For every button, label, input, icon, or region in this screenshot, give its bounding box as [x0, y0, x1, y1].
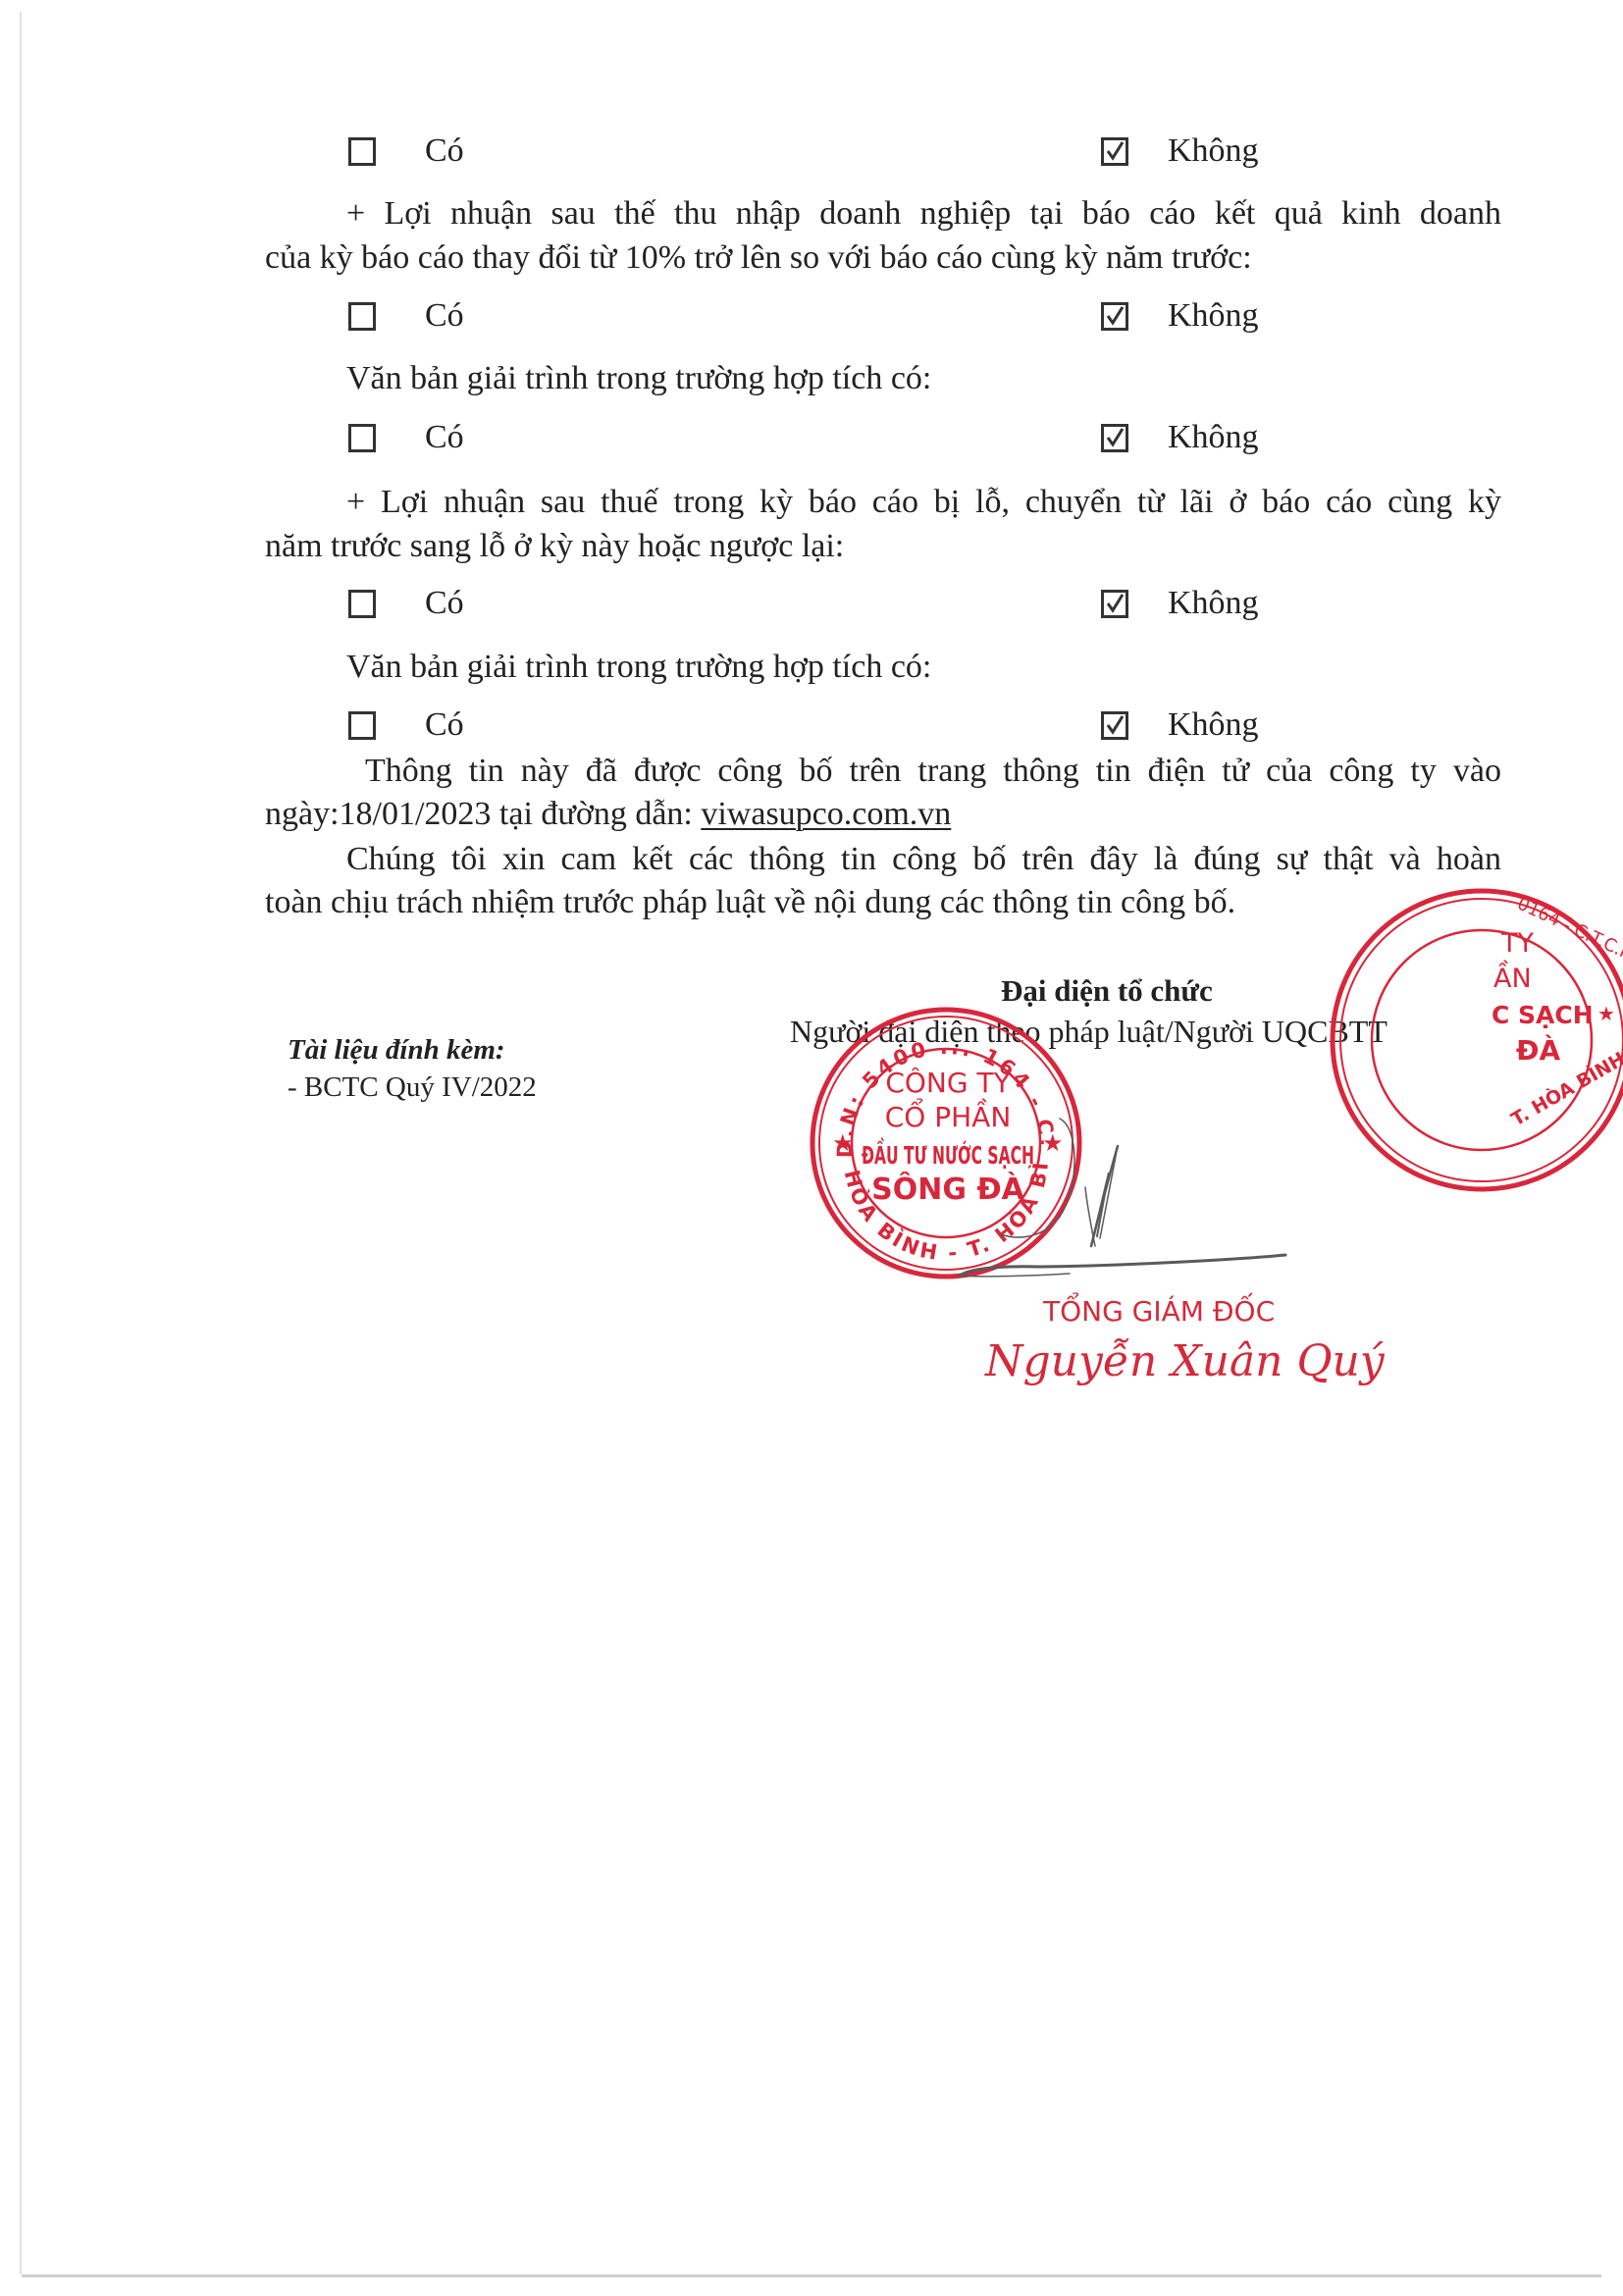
- svg-text:ĐẦU TƯ NƯỚC SẠCH: ĐẦU TƯ NƯỚC SẠCH: [862, 1137, 1034, 1170]
- svg-text:C SẠCH: C SẠCH: [1492, 1001, 1594, 1029]
- seal-star-right-icon: ★: [1042, 1129, 1064, 1157]
- partial-seal-text: TY ẦN C SẠCH ĐÀ ★ 0164 - C.T.C.P T. HÒA …: [1492, 893, 1623, 1130]
- svg-text:SÔNG ĐÀ: SÔNG ĐÀ: [871, 1171, 1024, 1207]
- svg-text:CÔNG TY: CÔNG TY: [885, 1066, 1011, 1099]
- svg-text:TY: TY: [1500, 928, 1534, 959]
- stamp-and-signature-layer: M.S.D.N: 5400 ... 164 - C.T.C.P TP. HÒA …: [0, 0, 1623, 2296]
- seal-center-text: CÔNG TY CỔ PHẦN ĐẦU TƯ NƯỚC SẠCH SÔNG ĐÀ: [862, 1066, 1034, 1207]
- signer-name: Nguyễn Xuân Quý: [985, 1336, 1385, 1386]
- seal-star-left-icon: ★: [832, 1129, 854, 1157]
- svg-text:CỔ PHẦN: CỔ PHẦN: [885, 1097, 1012, 1133]
- svg-text:ẦN: ẦN: [1493, 960, 1532, 994]
- signer-title: TỔNG GIÁM ĐỐC: [1043, 1295, 1275, 1328]
- seal-outer-text: M.S.D.N: 5400 ... 164 - C.T.C.P: [0, 0, 1059, 1158]
- svg-text:★: ★: [1597, 1002, 1615, 1025]
- svg-text:ĐÀ: ĐÀ: [1516, 1033, 1560, 1067]
